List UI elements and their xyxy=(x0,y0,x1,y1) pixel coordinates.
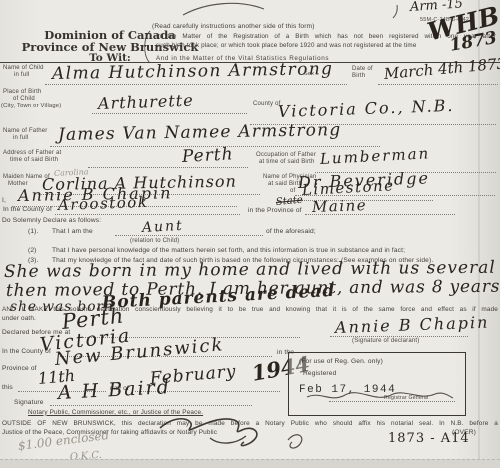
footer-line-1: OUTSIDE OF NEW BRUNSWICK, this declarati… xyxy=(2,420,498,428)
declaration-1-post: of the aforesaid; xyxy=(266,228,316,236)
father-address-line xyxy=(88,167,248,168)
file-number-note: 1873 - A14 xyxy=(388,432,470,445)
father-address-label-2: time of said Birth xyxy=(10,157,58,164)
overlay-year-scrawl: 1873 xyxy=(449,30,499,55)
footer-line-2: Justice of the Peace, Commissioner for t… xyxy=(2,429,217,437)
province2-value: Maine xyxy=(312,198,368,215)
matter-line-2: such birth took place; or which took pla… xyxy=(156,42,416,50)
registrar-general-label: Registrar General xyxy=(384,396,428,402)
reg-gen-box: (For use of Reg. Gen. only) Registered F… xyxy=(288,352,466,416)
province2-label: in the Province of xyxy=(248,207,302,215)
declaration-1-number: (1). xyxy=(28,228,39,236)
registered-label: Registered xyxy=(303,370,336,378)
scanned-birth-declaration-document: Arm -15 55M-C-24B-6-6-42 (Read carefully… xyxy=(0,0,500,468)
father-name-label-2: in full xyxy=(13,135,28,142)
father-name-label: Name of Father xyxy=(3,128,47,135)
residence-of-label: of xyxy=(290,188,295,195)
scan-bottom-strip xyxy=(0,459,500,468)
county2-label: In the County of xyxy=(3,206,52,214)
attestation-province-label: Province of xyxy=(2,365,37,373)
child-name-value: Alma Hutchinson Armstrong xyxy=(52,61,334,83)
place-label: Place of Birth xyxy=(3,89,41,96)
reg-gen-box-title: (For use of Reg. Gen. only) xyxy=(299,358,383,366)
declaration-2-number: (2) xyxy=(28,247,37,255)
sex-label: Sex xyxy=(304,71,314,77)
child-name-label: Name of Child xyxy=(3,65,44,72)
county-label: County of xyxy=(253,101,280,108)
child-name-label-2: in full xyxy=(14,72,29,79)
declaration-2-text: That I have personal knowledge of the ma… xyxy=(52,247,405,255)
dob-value: March 4th 1873 xyxy=(383,56,500,82)
child-name-line xyxy=(45,84,347,85)
relation-value: Aunt xyxy=(142,219,184,235)
declarant-signature-value: Annie B Chapin xyxy=(335,315,490,336)
registered-date-stamp: Feb 17, 1944 xyxy=(299,384,396,396)
officer-signature-value: A H Baird xyxy=(58,378,172,403)
officer-signature-line xyxy=(50,405,252,406)
declaration-1-pre: That I am the xyxy=(52,228,93,236)
province2-line xyxy=(305,214,455,215)
relation-line xyxy=(115,235,263,236)
place-value: Arthurette xyxy=(98,93,194,112)
oath-line-2: under oath. xyxy=(2,315,36,323)
place-label-2: of Child xyxy=(13,96,35,103)
dob-label: Date of xyxy=(352,66,373,73)
declarant-prefix: I, xyxy=(2,197,6,205)
father-address-value: Perth xyxy=(182,146,234,166)
county2-line xyxy=(55,214,240,215)
county2-value: Aroostook xyxy=(58,195,149,213)
relation-sublabel: (relation to Child) xyxy=(130,238,180,245)
solemnly-declare-label: Do Solemnly Declare as follows: xyxy=(2,217,101,225)
this-label: this xyxy=(2,384,13,392)
father-name-value: James Van Namee Armstrong xyxy=(58,122,342,144)
father-address-label: Address of Father at xyxy=(3,150,61,157)
county-value: Victoria Co., N.B. xyxy=(278,98,455,120)
declarant-signature-sublabel: (Signature of declarant) xyxy=(352,338,420,345)
place-label-3: (City, Town or Village) xyxy=(1,103,61,109)
place-line xyxy=(92,113,247,114)
dob-line xyxy=(378,84,498,85)
dob-label-2: Birth xyxy=(352,73,365,80)
officer-signature-label: Signature xyxy=(14,399,44,407)
father-occupation-label-2: at time of said Birth xyxy=(259,159,315,166)
declarant-signature-line xyxy=(330,336,468,337)
father-occupation-label: Occupation of Father xyxy=(256,152,316,159)
notary-line: Notary Public, Commissioner, etc., or Ju… xyxy=(28,409,203,417)
father-occupation-value: Lumberman xyxy=(320,146,431,167)
